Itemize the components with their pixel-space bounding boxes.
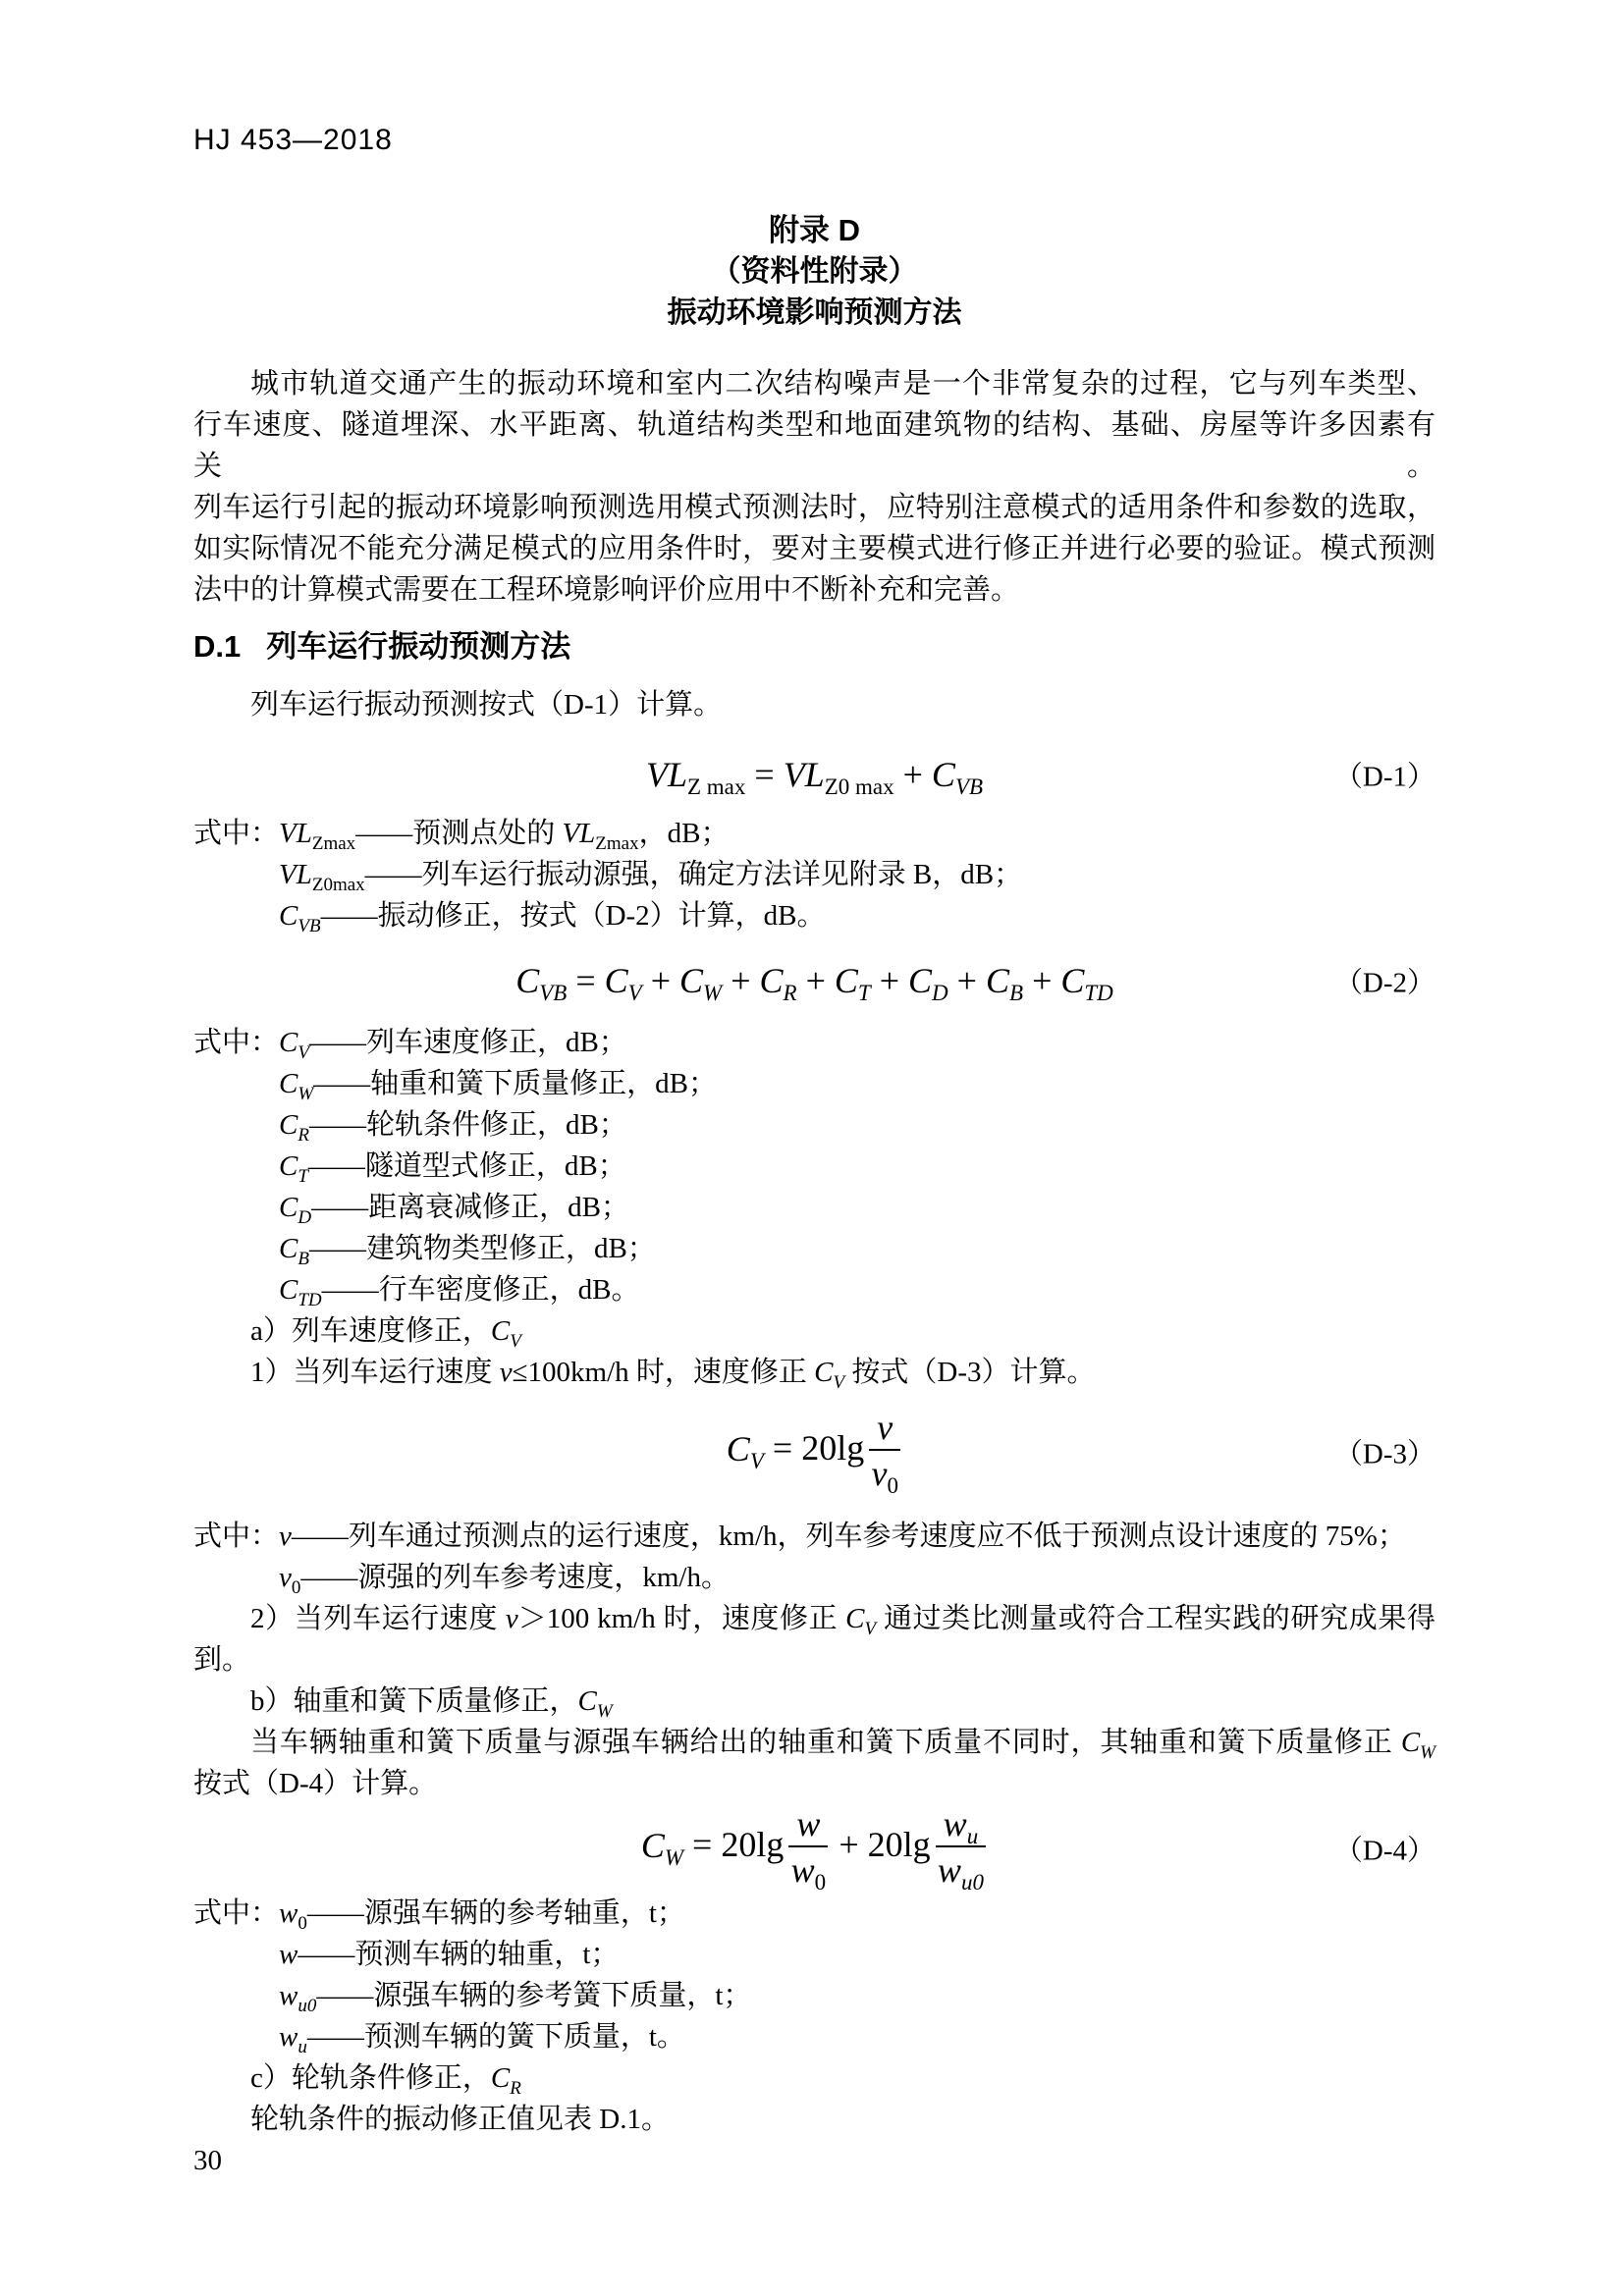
formula-d3-label: （D-3） bbox=[1334, 1432, 1435, 1472]
section-lead: 列车运行振动预测按式（D-1）计算。 bbox=[193, 684, 1435, 725]
where-line: CW——轴重和簧下质量修正，dB； bbox=[193, 1063, 1435, 1104]
section-number: D.1 bbox=[193, 629, 241, 664]
where-list-d4: 式中：w0——源强车辆的参考轴重，t； w——预测车辆的轴重，t； wu0——源… bbox=[193, 1893, 1435, 2057]
where-line: CB——建筑物类型修正，dB； bbox=[193, 1228, 1435, 1269]
where-line: CT——隧道型式修正，dB； bbox=[193, 1146, 1435, 1187]
where-line: w——预测车辆的轴重，t； bbox=[193, 1934, 1435, 1975]
document-page: HJ 453—2018 附录 D （资料性附录） 振动环境影响预测方法 城市轨道… bbox=[0, 0, 1624, 2296]
where-list-d3: 式中：v——列车通过预测点的运行速度，km/h，列车参考速度应不低于预测点设计速… bbox=[193, 1516, 1435, 1598]
page-number: 30 bbox=[193, 2140, 1435, 2181]
where-line: 式中：VLZmax——预测点处的 VLZmax，dB； bbox=[193, 813, 1435, 854]
appendix-note: （资料性附录） bbox=[193, 251, 1435, 293]
where-line: wu——预测车辆的簧下质量，t。 bbox=[193, 2016, 1435, 2057]
fraction: wuwu0 bbox=[936, 1804, 987, 1888]
para-b-line: 按式（D-4）计算。 bbox=[193, 1763, 1435, 1804]
where-line: v0——源强的列车参考速度，km/h。 bbox=[193, 1557, 1435, 1598]
intro-paragraph: 城市轨道交通产生的振动环境和室内二次结构噪声是一个非常复杂的过程，它与列车类型、… bbox=[193, 363, 1435, 611]
intro-line: 如实际情况不能充分满足模式的应用条件时，要对主要模式进行修正并进行必要的验证。模… bbox=[193, 528, 1435, 569]
appendix-title: 附录 D bbox=[193, 210, 1435, 251]
formula-d2-label: （D-2） bbox=[1334, 961, 1435, 1001]
formula-d1-label: （D-1） bbox=[1334, 755, 1435, 795]
where-line: VLZ0max——列车运行振动源强，确定方法详见附录 B，dB； bbox=[193, 854, 1435, 895]
formula-d3: CV=20lgvv0 （D-3） bbox=[193, 1393, 1435, 1511]
where-line: CVB——振动修正，按式（D-2）计算，dB。 bbox=[193, 895, 1435, 936]
doc-number: HJ 453—2018 bbox=[193, 120, 1435, 161]
item-2: 2）当列车运行速度 v＞100 km/h 时，速度修正 CV 通过类比测量或符合… bbox=[193, 1598, 1435, 1639]
item-c: c）轮轨条件修正，CR bbox=[193, 2057, 1435, 2099]
where-line: CR——轮轨条件修正，dB； bbox=[193, 1104, 1435, 1146]
fraction: vv0 bbox=[869, 1408, 900, 1491]
where-list-d1: 式中：VLZmax——预测点处的 VLZmax，dB； VLZ0max——列车运… bbox=[193, 813, 1435, 936]
formula-d4: CW=20lgww0+20lgwuwu0 （D-4） bbox=[193, 1804, 1435, 1893]
formula-d4-body: CW=20lgww0+20lgwuwu0 bbox=[641, 1804, 988, 1894]
where-line: 式中：v——列车通过预测点的运行速度，km/h，列车参考速度应不低于预测点设计速… bbox=[193, 1516, 1435, 1557]
formula-d2: CVB=CV+CW+CR+CT+CD+CB+CTD （D-2） bbox=[193, 951, 1435, 1010]
where-line: CD——距离衰减修正，dB； bbox=[193, 1187, 1435, 1228]
section-heading-d1: D.1列车运行振动预测方法 bbox=[193, 626, 1435, 667]
where-line: 式中：w0——源强车辆的参考轴重，t； bbox=[193, 1893, 1435, 1934]
where-line: 式中：CV——列车速度修正，dB； bbox=[193, 1022, 1435, 1063]
page-title: 振动环境影响预测方法 bbox=[193, 293, 1435, 334]
item-1: 1）当列车运行速度 v≤100km/h 时，速度修正 CV 按式（D-3）计算。 bbox=[193, 1352, 1435, 1393]
intro-line: 行车速度、隧道埋深、水平距离、轨道结构类型和地面建筑物的结构、基础、房屋等许多因… bbox=[193, 404, 1435, 487]
para-b-line: 当车辆轴重和簧下质量与源强车辆给出的轴重和簧下质量不同时，其轴重和簧下质量修正 … bbox=[193, 1722, 1435, 1763]
formula-d2-body: CVB=CV+CW+CR+CT+CD+CB+CTD bbox=[515, 960, 1113, 1001]
formula-d3-body: CV=20lgvv0 bbox=[727, 1408, 902, 1497]
fraction: ww0 bbox=[788, 1804, 828, 1888]
where-line: CTD——行车密度修正，dB。 bbox=[193, 1269, 1435, 1310]
formula-d1-body: VLZ max=VLZ0 max+CVB bbox=[646, 754, 983, 795]
formula-d1: VLZ max=VLZ0 max+CVB （D-1） bbox=[193, 745, 1435, 804]
intro-line: 法中的计算模式需要在工程环境影响评价应用中不断补充和完善。 bbox=[193, 569, 1435, 611]
closing-line: 轮轨条件的振动修正值见表 D.1。 bbox=[193, 2099, 1435, 2140]
section-title: 列车运行振动预测方法 bbox=[266, 629, 570, 664]
where-list-d2: 式中：CV——列车速度修正，dB； CW——轴重和簧下质量修正，dB； CR——… bbox=[193, 1022, 1435, 1310]
item-b: b）轴重和簧下质量修正，CW bbox=[193, 1681, 1435, 1722]
formula-d4-label: （D-4） bbox=[1334, 1829, 1435, 1869]
intro-line: 列车运行引起的振动环境影响预测选用模式预测法时，应特别注意模式的适用条件和参数的… bbox=[193, 487, 1435, 528]
item-a: a）列车速度修正，CV bbox=[193, 1310, 1435, 1352]
where-line: wu0——源强车辆的参考簧下质量，t； bbox=[193, 1975, 1435, 2016]
item-2-continuation: 到。 bbox=[193, 1639, 1435, 1681]
intro-line: 城市轨道交通产生的振动环境和室内二次结构噪声是一个非常复杂的过程，它与列车类型、 bbox=[193, 363, 1435, 404]
